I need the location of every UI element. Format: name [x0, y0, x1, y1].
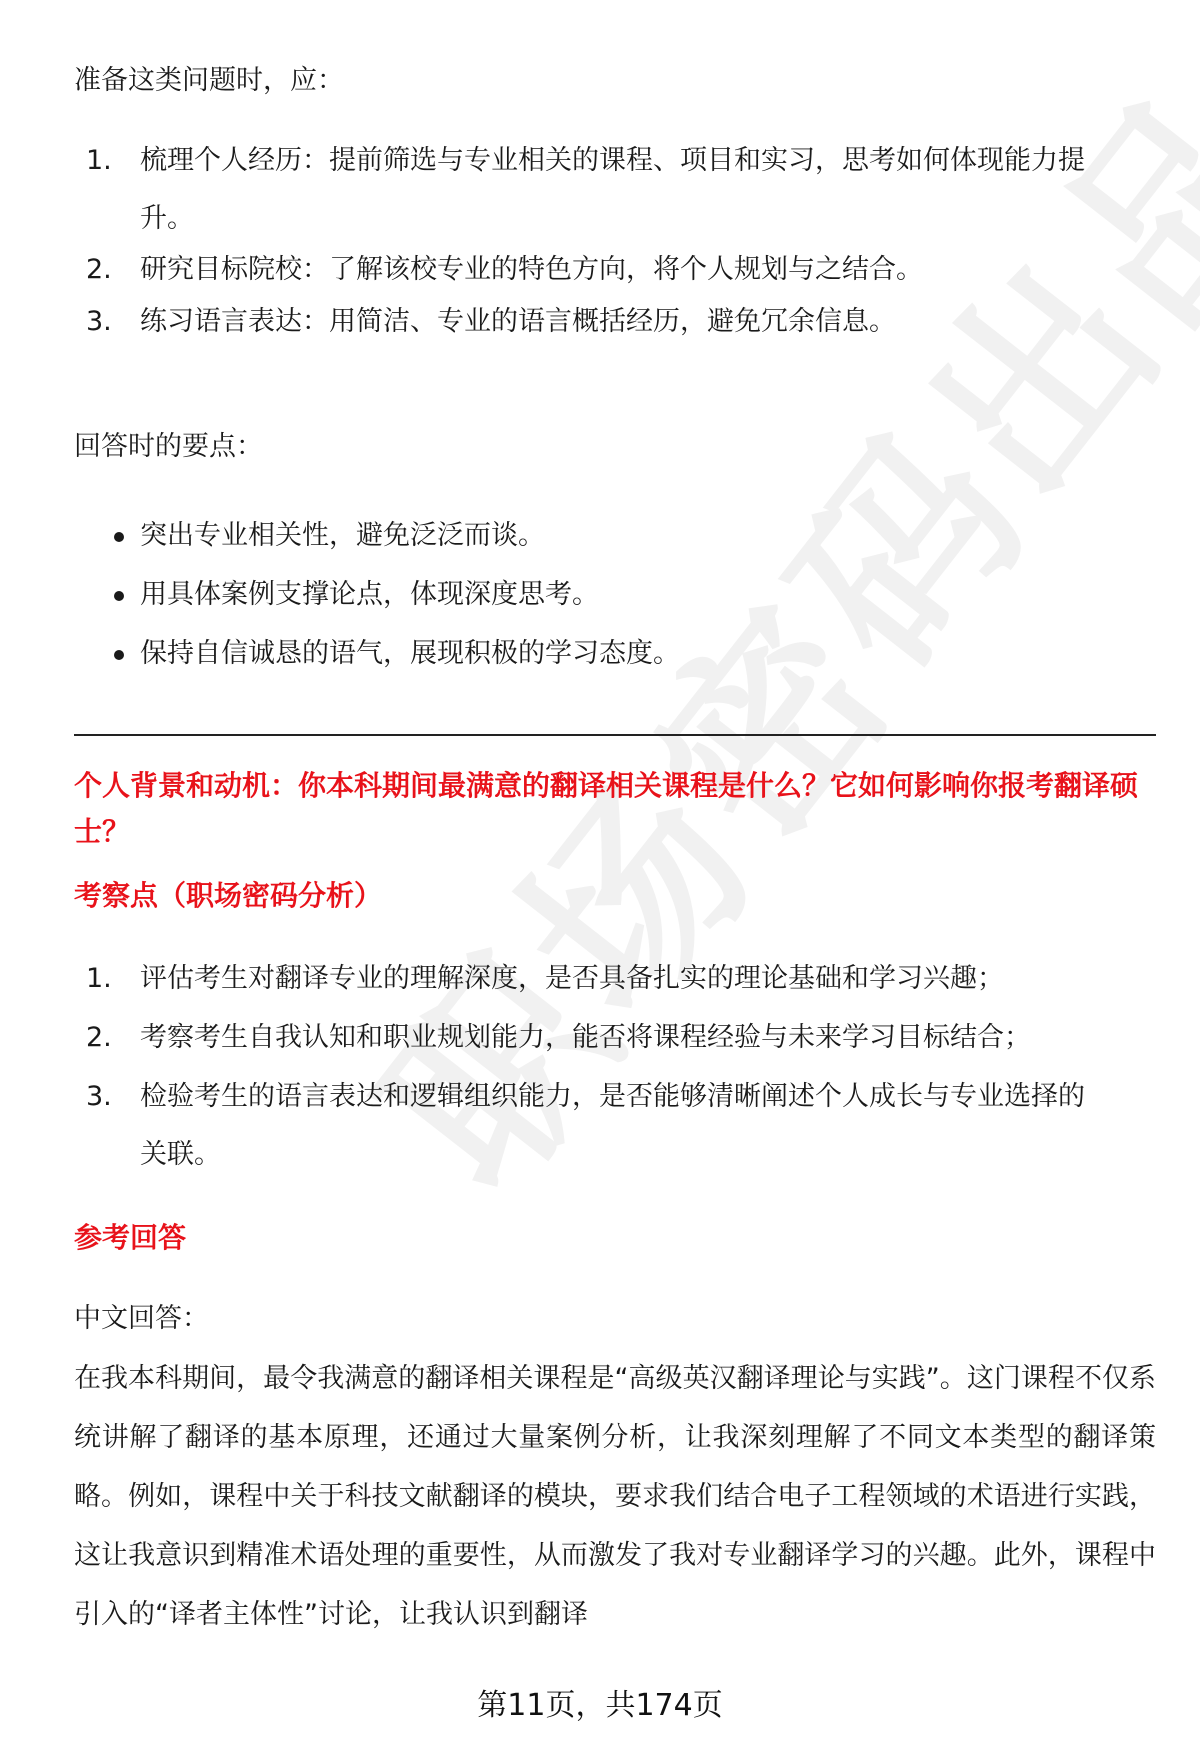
list-number: 2.	[86, 1009, 126, 1067]
bullet-icon	[114, 650, 124, 660]
list-text: 评估考生对翻译专业的理解深度，是否具备扎实的理论基础和学习兴趣；	[140, 950, 1150, 1008]
reference-heading: 参考回答	[74, 1215, 186, 1261]
list-number: 2.	[86, 241, 126, 299]
list-number: 1.	[86, 132, 126, 190]
list-number: 3.	[86, 293, 126, 351]
chinese-answer-label: 中文回答：	[74, 1290, 209, 1348]
list-text: 梳理个人经历：提前筛选与专业相关的课程、项目和实习，思考如何体现能力提升。	[140, 132, 1100, 248]
list-text: 考察考生自我认知和职业规划能力，能否将课程经验与未来学习目标结合；	[140, 1009, 1150, 1067]
assessment-heading: 考察点（职场密码分析）	[74, 873, 382, 919]
list-text: 突出专业相关性，避免泛泛而谈。	[140, 507, 1150, 565]
question-heading: 个人背景和动机：你本科期间最满意的翻译相关课程是什么？它如何影响你报考翻译硕士？	[74, 763, 1156, 855]
list-text: 检验考生的语言表达和逻辑组织能力，是否能够清晰阐述个人成长与专业选择的关联。	[140, 1068, 1100, 1184]
list-text: 研究目标院校：了解该校专业的特色方向，将个人规划与之结合。	[140, 241, 1150, 299]
prep-intro: 准备这类问题时，应：	[74, 52, 344, 110]
bullet-icon	[114, 591, 124, 601]
list-text: 练习语言表达：用简洁、专业的语言概括经历，避免冗余信息。	[140, 293, 1150, 351]
answer-points-intro: 回答时的要点：	[74, 418, 263, 476]
section-divider	[74, 734, 1156, 736]
chinese-answer-text: 在我本科期间，最令我满意的翻译相关课程是“高级英汉翻译理论与实践”。这门课程不仅…	[74, 1349, 1156, 1644]
list-text: 保持自信诚恳的语气，展现积极的学习态度。	[140, 625, 1150, 683]
page-footer: 第11页，共174页	[0, 1680, 1200, 1724]
list-text: 用具体案例支撑论点，体现深度思考。	[140, 566, 1150, 624]
list-number: 3.	[86, 1068, 126, 1126]
bullet-icon	[114, 532, 124, 542]
list-number: 1.	[86, 950, 126, 1008]
prep-step: 1. 梳理个人经历：提前筛选与专业相关的课程、项目和实习，思考如何体现能力提升。	[86, 132, 1156, 248]
document-page: 职场密码出品 准备这类问题时，应： 1. 梳理个人经历：提前筛选与专业相关的课程…	[0, 0, 1200, 1755]
